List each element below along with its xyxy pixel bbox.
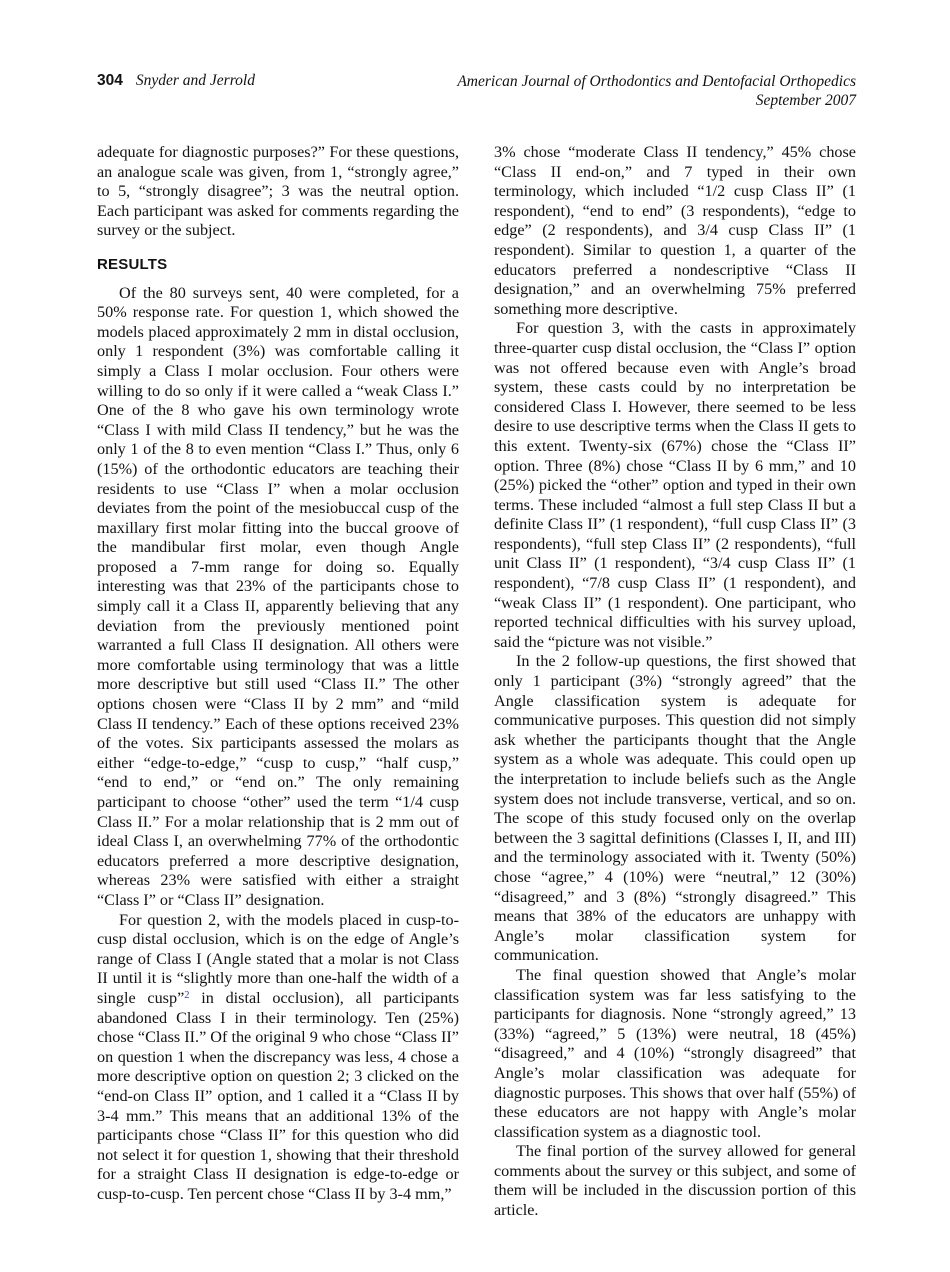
running-header-right: American Journal of Orthodontics and Den… xyxy=(457,72,856,110)
reference-link[interactable]: 2 xyxy=(184,990,189,1001)
running-header: 304 Snyder and Jerrold American Journal … xyxy=(97,72,856,110)
paragraph: Of the 80 surveys sent, 40 were complete… xyxy=(97,284,459,911)
paragraph: The final question showed that Angle’s m… xyxy=(494,966,856,1142)
paragraph: The final portion of the survey allowed … xyxy=(494,1142,856,1220)
paragraph: In the 2 follow-up questions, the first … xyxy=(494,652,856,966)
running-authors: Snyder and Jerrold xyxy=(136,72,255,90)
paragraph: 3% chose “moderate Class II tendency,” 4… xyxy=(494,143,856,319)
right-column: 3% chose “moderate Class II tendency,” 4… xyxy=(494,143,856,1221)
journal-name: American Journal of Orthodontics and Den… xyxy=(457,72,856,91)
left-column: adequate for diagnostic purposes?” For t… xyxy=(97,143,459,1221)
journal-page: 304 Snyder and Jerrold American Journal … xyxy=(0,0,950,1272)
paragraph: For question 3, with the casts in approx… xyxy=(494,319,856,652)
paragraph: adequate for diagnostic purposes?” For t… xyxy=(97,143,459,241)
running-header-left: 304 Snyder and Jerrold xyxy=(97,72,255,90)
two-column-body: adequate for diagnostic purposes?” For t… xyxy=(97,143,856,1221)
section-heading: RESULTS xyxy=(97,255,459,275)
paragraph: For question 2, with the models placed i… xyxy=(97,911,459,1205)
page-number: 304 xyxy=(97,72,123,90)
issue-date: September 2007 xyxy=(457,91,856,110)
